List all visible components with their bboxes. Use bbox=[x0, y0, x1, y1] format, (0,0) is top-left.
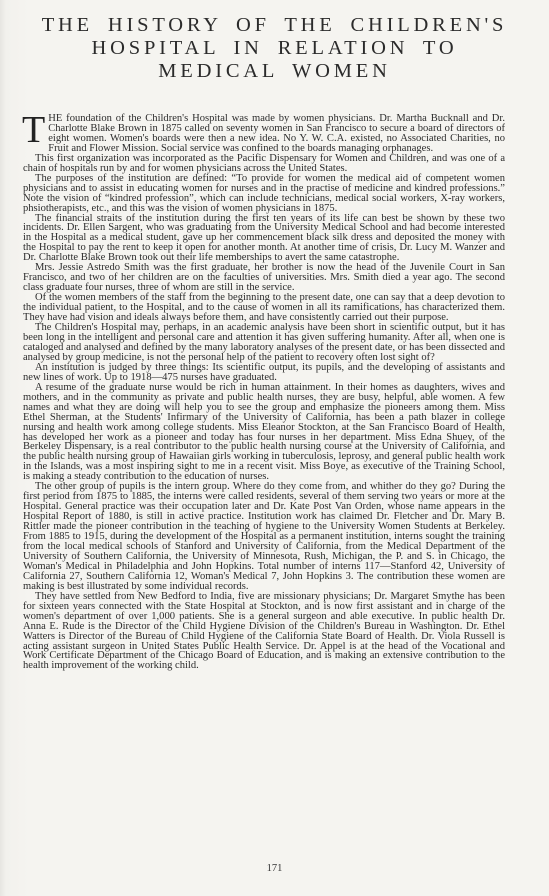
article-title: THE HISTORY OF THE CHILDREN'S HOSPITAL I… bbox=[0, 14, 549, 83]
title-line-1: THE HISTORY OF THE CHILDREN'S bbox=[0, 14, 549, 37]
paragraph-9: A resume of the graduate nurse would be … bbox=[23, 383, 505, 483]
paragraph-text: HE foundation of the Children's Hospital… bbox=[48, 113, 505, 154]
paragraph-4: The financial straits of the institution… bbox=[23, 214, 505, 264]
document-page: THE HISTORY OF THE CHILDREN'S HOSPITAL I… bbox=[0, 0, 549, 896]
paragraph-7: The Children's Hospital may, perhaps, in… bbox=[23, 323, 505, 363]
paragraph-3: The purposes of the institution are defi… bbox=[23, 174, 505, 214]
paragraph-2: This first organization was incorporated… bbox=[23, 154, 505, 174]
article-body: THE foundation of the Children's Hospita… bbox=[23, 114, 505, 671]
paragraph-5: Mrs. Jessie Astredo Smith was the first … bbox=[23, 263, 505, 293]
paragraph-10: The other group of pupils is the intern … bbox=[23, 482, 505, 591]
title-line-2: HOSPITAL IN RELATION TO bbox=[0, 37, 549, 60]
paragraph-1: THE foundation of the Children's Hospita… bbox=[23, 114, 505, 154]
paragraph-8: An institution is judged by three things… bbox=[23, 363, 505, 383]
paragraph-6: Of the women members of the staff from t… bbox=[23, 293, 505, 323]
page-number: 171 bbox=[0, 863, 549, 874]
title-line-3: MEDICAL WOMEN bbox=[0, 60, 549, 83]
paragraph-11: They have settled from New Bedford to In… bbox=[23, 592, 505, 672]
drop-cap: T bbox=[22, 116, 45, 145]
